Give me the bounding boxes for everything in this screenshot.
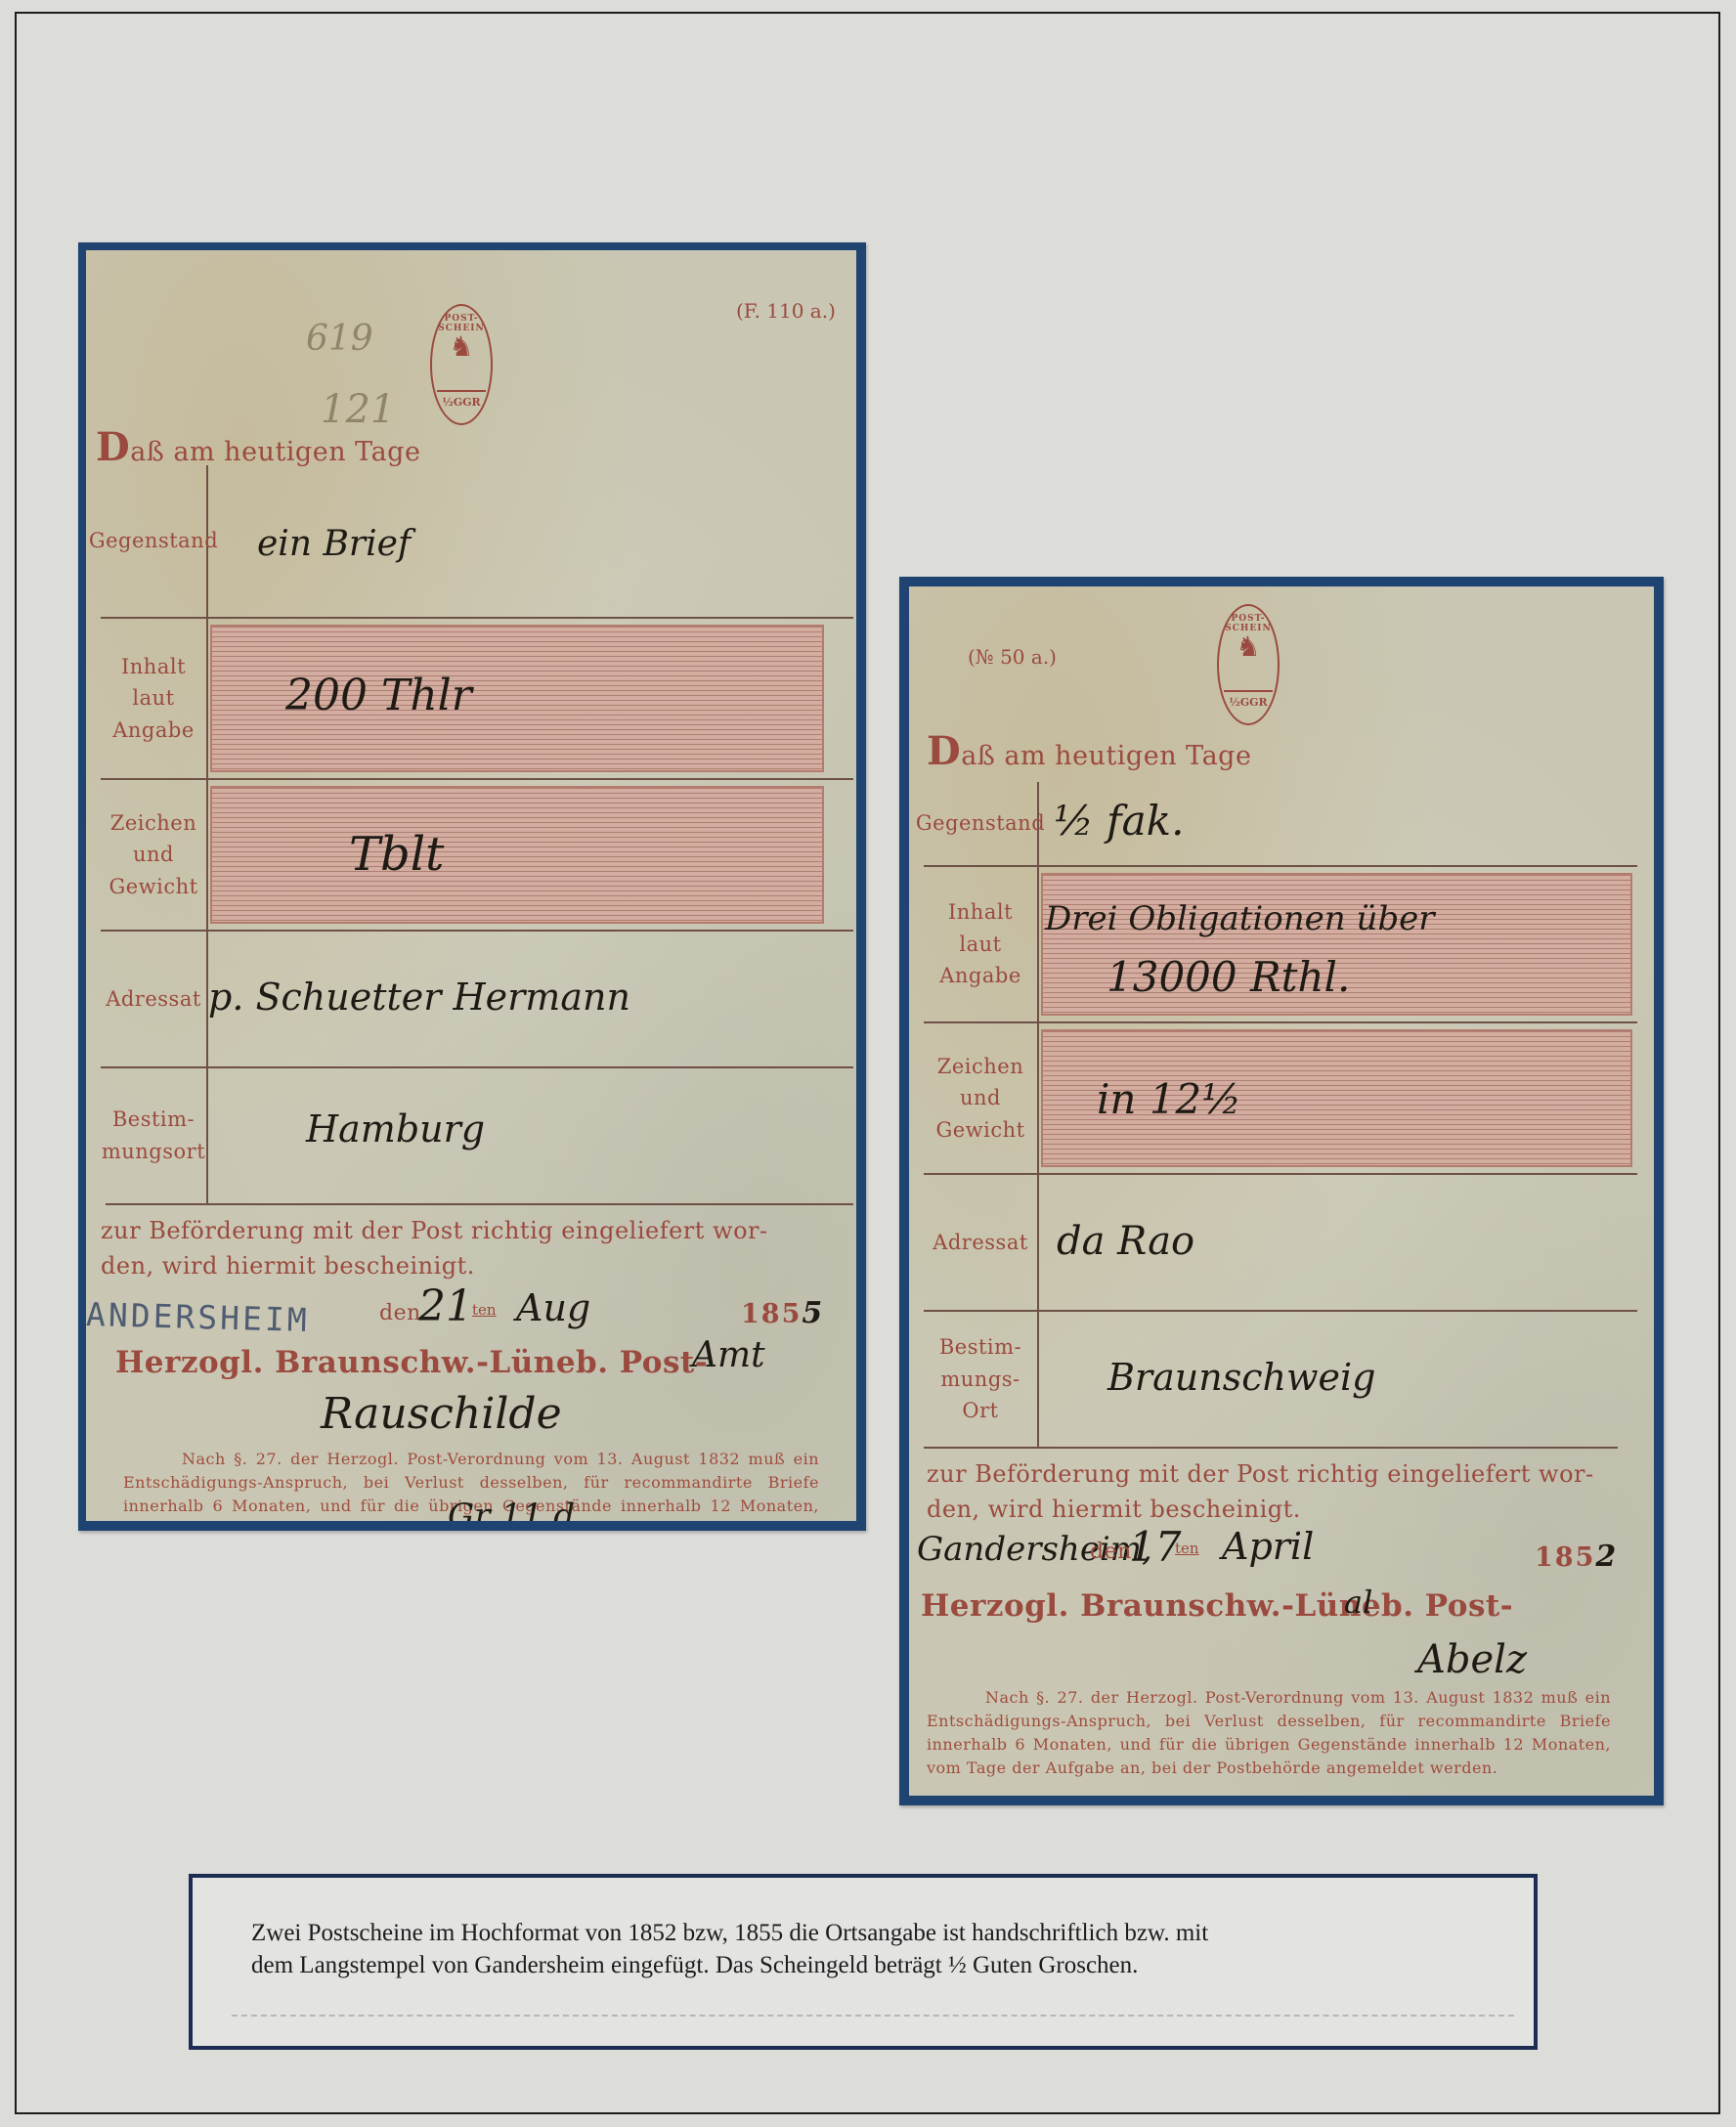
seal-value: ½GGR — [432, 396, 491, 409]
date-day: 17 — [1129, 1523, 1181, 1571]
date-day-suffix: ten — [1175, 1540, 1199, 1557]
clerk-signature: Abelz — [1417, 1637, 1527, 1682]
date-month: April — [1222, 1525, 1314, 1568]
field-value-area: da Rao — [1039, 1175, 1637, 1310]
form-number: (F. 110 a.) — [736, 299, 836, 323]
field-label: Adressat — [924, 1175, 1039, 1310]
regulation-footnote: Nach §. 27. der Herzogl. Post-Verordnung… — [927, 1686, 1611, 1780]
field-value-area: ½ fak. — [1039, 782, 1637, 865]
field-value: p. Schuetter Hermann — [208, 976, 630, 1019]
field-value: Tblt — [349, 827, 444, 882]
field-label: Zeichen und Gewicht — [924, 1023, 1039, 1173]
seal-divider — [1224, 690, 1273, 692]
field-row-inhalt: Inhalt laut Angabe 200 Thlr — [101, 617, 853, 778]
divider — [106, 1203, 853, 1205]
field-label: Gegenstand — [924, 782, 1039, 865]
caption-box: Zwei Postscheine im Hochformat von 1852 … — [189, 1874, 1538, 2050]
post-office-name: Herzogl. Braunschw.-Lüneb. Post- — [921, 1588, 1513, 1624]
field-row-bestimmungsort: Bestim- mungs-Ort Braunschweig — [924, 1310, 1637, 1447]
field-label: Inhalt laut Angabe — [924, 867, 1039, 1021]
date-month: Aug — [516, 1286, 590, 1329]
field-row-zeichen: Zeichen und Gewicht in 12½ — [924, 1021, 1637, 1173]
intro-text: Daß am heutigen Tage — [96, 424, 420, 470]
field-label: Zeichen und Gewicht — [101, 780, 208, 930]
field-row-adressat: Adressat da Rao — [924, 1173, 1637, 1310]
field-row-gegenstand: Gegenstand ½ fak. — [924, 782, 1637, 865]
certification-text: zur Beförderung mit der Post richtig ein… — [927, 1456, 1611, 1527]
field-label: Adressat — [101, 932, 208, 1066]
year-printed: 1855 — [741, 1296, 824, 1330]
field-value-line2: 13000 Rthl. — [1107, 953, 1350, 1001]
field-row-bestimmungsort: Bestim- mungsort Hamburg — [101, 1066, 853, 1203]
certification-text: zur Beförderung mit der Post richtig ein… — [101, 1213, 844, 1283]
field-value: da Rao — [1057, 1219, 1194, 1264]
caption-line-1: Zwei Postscheine im Hochformat von 1852 … — [251, 1917, 1495, 1949]
post-office-name: Herzogl. Braunschw.-Lüneb. Post- — [115, 1345, 708, 1380]
divider — [924, 1447, 1618, 1449]
caption-guide-rule — [232, 2015, 1514, 2017]
field-value: 200 Thlr — [285, 671, 472, 720]
date-day-suffix: ten — [472, 1301, 497, 1319]
date-day: 21 — [418, 1281, 473, 1331]
field-value: Drei Obligationen über — [1045, 899, 1435, 938]
year-printed: 1852 — [1535, 1540, 1618, 1574]
annotation: Gr 11 d — [448, 1497, 575, 1521]
post-schein-seal: POST-SCHEIN ♞ ½GGR — [430, 304, 493, 425]
caption-text: Zwei Postscheine im Hochformat von 1852 … — [251, 1917, 1495, 1981]
field-value: Hamburg — [306, 1107, 485, 1150]
form-number: (№ 50 a.) — [968, 645, 1057, 669]
receipt-mat-right: (№ 50 a.) POST-SCHEIN ♞ ½GGR Daß am heut… — [899, 577, 1664, 1805]
intro-text: Daß am heutigen Tage — [927, 728, 1251, 774]
receipt-1855: (F. 110 a.) POST-SCHEIN ♞ ½GGR 619 121 D… — [86, 250, 856, 1521]
receipt-1852: (№ 50 a.) POST-SCHEIN ♞ ½GGR Daß am heut… — [909, 586, 1654, 1796]
field-value-area: p. Schuetter Hermann — [208, 932, 853, 1066]
caption-line-2: dem Langstempel von Gandersheim eingefüg… — [251, 1949, 1495, 1981]
field-row-inhalt: Inhalt laut Angabe Drei Obligationen übe… — [924, 865, 1637, 1021]
field-label: Gegenstand — [101, 465, 208, 617]
field-value: Braunschweig — [1107, 1356, 1375, 1399]
field-row-zeichen: Zeichen und Gewicht Tblt — [101, 778, 853, 930]
receipt-mat-left: (F. 110 a.) POST-SCHEIN ♞ ½GGR 619 121 D… — [78, 242, 866, 1531]
field-value-area: Hamburg — [208, 1068, 853, 1203]
field-label: Bestim- mungsort — [101, 1068, 208, 1203]
field-value: ½ fak. — [1054, 797, 1184, 845]
field-value: ein Brief — [257, 524, 411, 564]
clerk-signature: Rauschilde — [321, 1389, 562, 1439]
field-value-area: in 12½ — [1041, 1029, 1632, 1167]
seal-value: ½GGR — [1219, 696, 1278, 709]
field-value-area: Tblt — [210, 786, 824, 924]
seal-divider — [437, 390, 486, 392]
field-value-area: ein Brief — [208, 465, 853, 617]
field-value-area: Braunschweig — [1039, 1312, 1637, 1447]
field-label: Inhalt laut Angabe — [101, 619, 208, 778]
office-handwritten: al — [1344, 1584, 1372, 1621]
field-label: Bestim- mungs-Ort — [924, 1312, 1039, 1447]
office-handwritten: Amt — [692, 1335, 765, 1375]
field-row-gegenstand: Gegenstand ein Brief — [101, 465, 853, 617]
gandersheim-stamp: ANDERSHEIM — [86, 1295, 310, 1339]
horse-emblem-icon: ♞ — [1219, 633, 1278, 661]
margin-mark-a: 619 — [306, 319, 373, 359]
horse-emblem-icon: ♞ — [432, 333, 491, 361]
field-row-adressat: Adressat p. Schuetter Hermann — [101, 930, 853, 1066]
field-value-area: 200 Thlr — [210, 625, 824, 772]
date-prefix: den — [379, 1301, 421, 1325]
post-schein-seal: POST-SCHEIN ♞ ½GGR — [1217, 604, 1280, 725]
field-value-area: Drei Obligationen über 13000 Rthl. — [1041, 873, 1632, 1016]
field-value: in 12½ — [1097, 1075, 1241, 1123]
date-prefix: den — [1090, 1540, 1132, 1564]
